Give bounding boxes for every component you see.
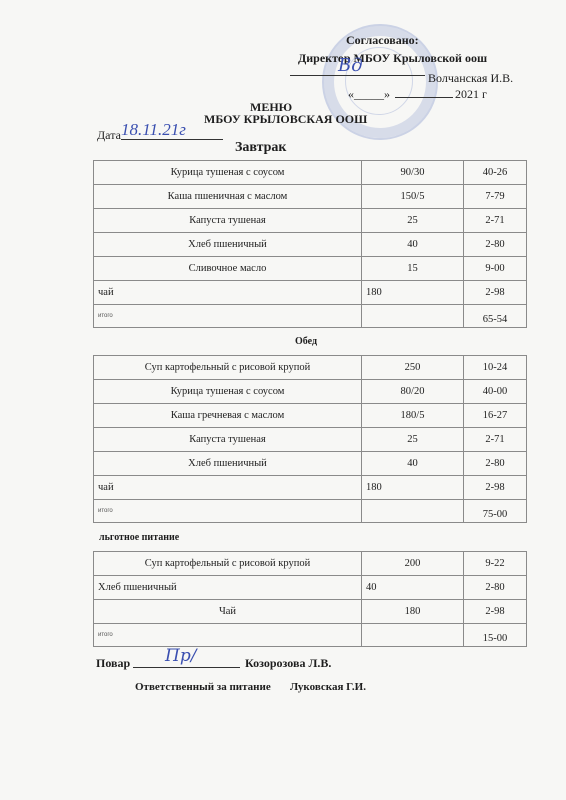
approval-date-day: «_____»: [348, 87, 390, 102]
lunch-title: Обед: [295, 336, 317, 347]
table-row: Курица тушеная с соусом80/2040-00: [94, 380, 527, 404]
cook-signature: Пр/: [165, 646, 196, 666]
total-row: итого65-54: [94, 305, 527, 328]
dish-quantity: 25: [362, 209, 464, 233]
dish-price: 2-80: [464, 576, 527, 600]
total-quantity-empty: [362, 500, 464, 523]
dish-name: Курица тушеная с соусом: [94, 380, 362, 404]
dish-price: 10-24: [464, 356, 527, 380]
dish-quantity: 40: [362, 452, 464, 476]
dish-name: чай: [94, 281, 362, 305]
table-row: Капуста тушеная252-71: [94, 428, 527, 452]
table-row: Хлеб пшеничный402-80: [94, 233, 527, 257]
dish-price: 2-71: [464, 428, 527, 452]
dish-name: Суп картофельный с рисовой крупой: [94, 552, 362, 576]
total-label: итого: [94, 305, 362, 328]
dish-quantity: 40: [362, 576, 464, 600]
dish-name: Капуста тушеная: [94, 209, 362, 233]
dish-quantity: 25: [362, 428, 464, 452]
school-title: МБОУ КРЫЛОВСКАЯ ООШ: [204, 112, 367, 127]
table-row: Суп картофельный с рисовой крупой25010-2…: [94, 356, 527, 380]
total-price: 75-00: [464, 500, 527, 523]
dish-name: Хлеб пшеничный: [94, 452, 362, 476]
dish-price: 2-71: [464, 209, 527, 233]
cook-name: Козорозова Л.В.: [245, 656, 331, 671]
breakfast-table: Курица тушеная с соусом90/3040-26Каша пш…: [93, 160, 527, 328]
dish-price: 2-98: [464, 600, 527, 624]
approval-name: Волчанская И.В.: [428, 71, 513, 86]
responsible-label: Ответственный за питание: [135, 681, 271, 693]
cook-label: Повар: [96, 656, 130, 671]
dish-price: 40-00: [464, 380, 527, 404]
approval-date-line: [395, 87, 453, 98]
dish-quantity: 80/20: [362, 380, 464, 404]
approval-year: 2021 г: [455, 87, 487, 102]
total-row: итого75-00: [94, 500, 527, 523]
dish-quantity: 200: [362, 552, 464, 576]
dish-price: 2-98: [464, 476, 527, 500]
dish-name: Капуста тушеная: [94, 428, 362, 452]
table-row: Капуста тушеная252-71: [94, 209, 527, 233]
dish-price: 9-22: [464, 552, 527, 576]
table-row: Курица тушеная с соусом90/3040-26: [94, 161, 527, 185]
dish-price: 2-98: [464, 281, 527, 305]
director-signature: Вд: [338, 55, 363, 76]
dish-quantity: 250: [362, 356, 464, 380]
dish-name: Суп картофельный с рисовой крупой: [94, 356, 362, 380]
table-row: Каша пшеничная с маслом150/57-79: [94, 185, 527, 209]
total-price: 65-54: [464, 305, 527, 328]
breakfast-title: Завтрак: [235, 140, 287, 156]
dish-name: Сливочное масло: [94, 257, 362, 281]
total-quantity-empty: [362, 305, 464, 328]
total-label: итого: [94, 500, 362, 523]
lunch-table: Суп картофельный с рисовой крупой25010-2…: [93, 355, 527, 523]
dish-name: Чай: [94, 600, 362, 624]
dish-quantity: 180: [362, 476, 464, 500]
dish-name: Курица тушеная с соусом: [94, 161, 362, 185]
total-quantity-empty: [362, 624, 464, 647]
responsible-name: Луковская Г.И.: [290, 681, 366, 693]
dish-quantity: 40: [362, 233, 464, 257]
table-row: чай1802-98: [94, 476, 527, 500]
table-row: Суп картофельный с рисовой крупой2009-22: [94, 552, 527, 576]
date-value: 18.11.21г: [121, 121, 223, 140]
dish-quantity: 15: [362, 257, 464, 281]
table-row: чай1802-98: [94, 281, 527, 305]
dish-name: чай: [94, 476, 362, 500]
dish-price: 2-80: [464, 452, 527, 476]
table-row: Хлеб пшеничный402-80: [94, 576, 527, 600]
table-row: Чай1802-98: [94, 600, 527, 624]
table-row: Каша гречневая с маслом180/516-27: [94, 404, 527, 428]
dish-quantity: 180: [362, 600, 464, 624]
dish-quantity: 150/5: [362, 185, 464, 209]
preferential-table: Суп картофельный с рисовой крупой2009-22…: [93, 551, 527, 647]
dish-price: 7-79: [464, 185, 527, 209]
dish-name: Каша гречневая с маслом: [94, 404, 362, 428]
dish-name: Хлеб пшеничный: [94, 233, 362, 257]
table-row: Сливочное масло159-00: [94, 257, 527, 281]
date-label: Дата: [97, 128, 121, 143]
dish-quantity: 180/5: [362, 404, 464, 428]
approval-title: Согласовано:: [346, 33, 419, 48]
total-row: итого15-00: [94, 624, 527, 647]
total-price: 15-00: [464, 624, 527, 647]
dish-quantity: 180: [362, 281, 464, 305]
preferential-title: льготное питание: [99, 532, 179, 543]
total-label: итого: [94, 624, 362, 647]
dish-price: 40-26: [464, 161, 527, 185]
dish-price: 2-80: [464, 233, 527, 257]
dish-quantity: 90/30: [362, 161, 464, 185]
dish-price: 16-27: [464, 404, 527, 428]
dish-name: Каша пшеничная с маслом: [94, 185, 362, 209]
table-row: Хлеб пшеничный402-80: [94, 452, 527, 476]
dish-name: Хлеб пшеничный: [94, 576, 362, 600]
dish-price: 9-00: [464, 257, 527, 281]
